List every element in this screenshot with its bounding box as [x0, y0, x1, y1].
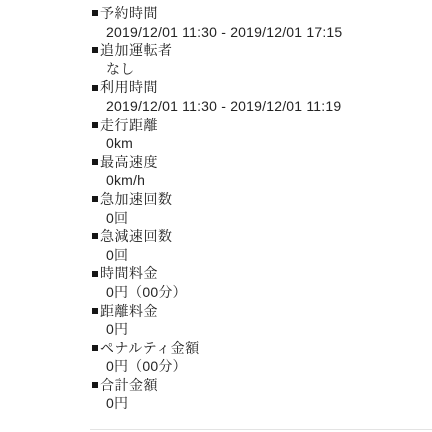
detail-item-additional-driver: 追加運転者 なし: [92, 41, 432, 78]
detail-value: 0回: [92, 209, 432, 228]
detail-value: 0回: [92, 246, 432, 265]
detail-item-total-amount: 合計金額 0円: [92, 376, 432, 413]
bullet-square-icon: [92, 233, 98, 239]
detail-label-row: 最高速度: [92, 153, 432, 172]
detail-item-distance: 走行距離 0km: [92, 116, 432, 153]
detail-item-rapid-deceleration-count: 急減速回数 0回: [92, 227, 432, 264]
bullet-square-icon: [92, 10, 98, 16]
detail-label: 利用時間: [100, 78, 158, 97]
detail-item-max-speed: 最高速度 0km/h: [92, 153, 432, 190]
detail-value: 0円: [92, 320, 432, 339]
detail-label-row: 時間料金: [92, 264, 432, 283]
detail-item-usage-time: 利用時間 2019/12/01 11:30 - 2019/12/01 11:19: [92, 78, 432, 115]
detail-label-row: 利用時間: [92, 78, 432, 97]
detail-item-penalty-amount: ペナルティ金額 0円（00分）: [92, 339, 432, 376]
detail-label: 予約時間: [100, 4, 158, 23]
bullet-square-icon: [92, 308, 98, 314]
detail-value: 0km/h: [92, 171, 432, 190]
bullet-square-icon: [92, 345, 98, 351]
detail-label-row: 予約時間: [92, 4, 432, 23]
bullet-square-icon: [92, 85, 98, 91]
detail-label: ペナルティ金額: [100, 339, 200, 358]
bullet-square-icon: [92, 271, 98, 277]
detail-value: 2019/12/01 11:30 - 2019/12/01 17:15: [92, 23, 432, 42]
detail-item-distance-charge: 距離料金 0円: [92, 302, 432, 339]
detail-value: 2019/12/01 11:30 - 2019/12/01 11:19: [92, 97, 432, 116]
detail-label-row: 走行距離: [92, 116, 432, 135]
detail-value: 0km: [92, 134, 432, 153]
detail-label: 合計金額: [100, 376, 158, 395]
detail-label: 距離料金: [100, 302, 158, 321]
detail-label-row: 急加速回数: [92, 190, 432, 209]
reservation-detail-page: 予約時間 2019/12/01 11:30 - 2019/12/01 17:15…: [0, 0, 432, 432]
detail-label: 走行距離: [100, 116, 158, 135]
detail-label: 時間料金: [100, 264, 158, 283]
detail-label: 最高速度: [100, 153, 158, 172]
detail-label-row: ペナルティ金額: [92, 339, 432, 358]
reservation-detail-list: 予約時間 2019/12/01 11:30 - 2019/12/01 17:15…: [92, 4, 432, 413]
detail-label: 急減速回数: [100, 227, 173, 246]
detail-value: なし: [92, 60, 432, 79]
detail-label-row: 合計金額: [92, 376, 432, 395]
detail-item-rapid-acceleration-count: 急加速回数 0回: [92, 190, 432, 227]
bottom-divider: [90, 429, 432, 430]
detail-item-reservation-time: 予約時間 2019/12/01 11:30 - 2019/12/01 17:15: [92, 4, 432, 41]
detail-label-row: 急減速回数: [92, 227, 432, 246]
bullet-square-icon: [92, 159, 98, 165]
detail-label: 追加運転者: [100, 41, 173, 60]
bullet-square-icon: [92, 382, 98, 388]
detail-label-row: 距離料金: [92, 302, 432, 321]
detail-value: 0円（00分）: [92, 357, 432, 376]
detail-value: 0円（00分）: [92, 283, 432, 302]
detail-label: 急加速回数: [100, 190, 173, 209]
detail-label-row: 追加運転者: [92, 41, 432, 60]
bullet-square-icon: [92, 47, 98, 53]
detail-item-time-charge: 時間料金 0円（00分）: [92, 264, 432, 301]
bullet-square-icon: [92, 196, 98, 202]
bullet-square-icon: [92, 122, 98, 128]
detail-value: 0円: [92, 394, 432, 413]
